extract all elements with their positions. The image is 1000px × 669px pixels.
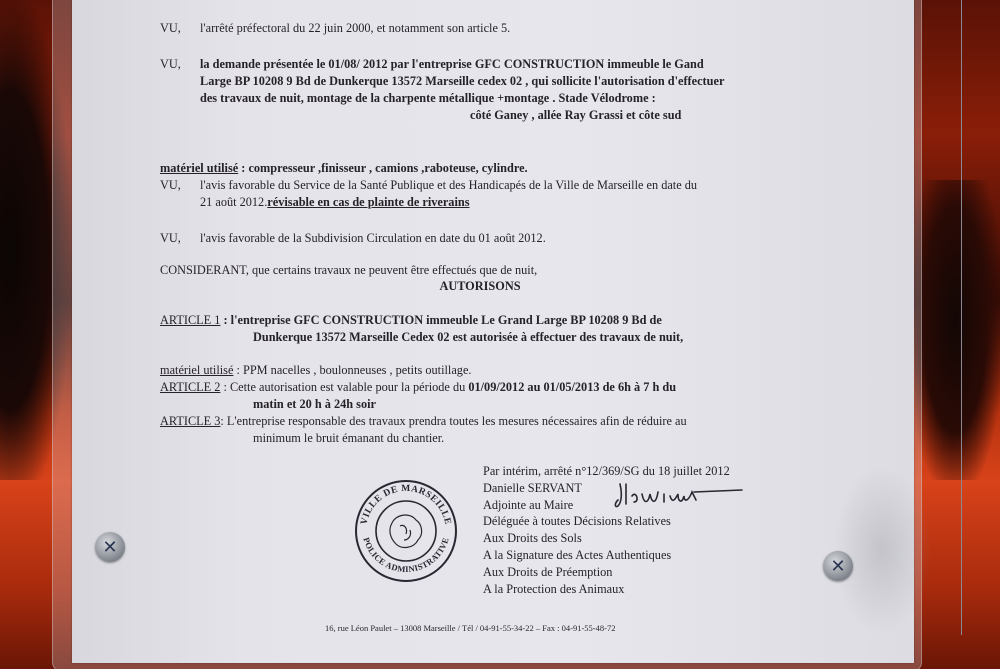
vu2-line2: Large BP 10208 9 Bd de Dunkerque 13572 M… bbox=[200, 73, 724, 90]
signature-block-line: Déléguée à toutes Décisions Relatives bbox=[483, 513, 730, 530]
vu3-date: 21 août 2012. bbox=[200, 195, 267, 209]
materiel-text: : compresseur ,finisseur , camions ,rabo… bbox=[238, 161, 527, 175]
vu3-line2: 21 août 2012.révisable en cas de plainte… bbox=[200, 194, 470, 211]
materiel-text: : PPM nacelles , boulonneuses , petits o… bbox=[233, 363, 471, 377]
screw-icon: ✕ bbox=[823, 551, 853, 581]
article-2-text: : Cette autorisation est valable pour la… bbox=[220, 380, 468, 394]
vu-prefix: VU, bbox=[160, 230, 181, 247]
signature-block-line: A la Signature des Actes Authentiques bbox=[483, 547, 730, 564]
article-3: ARTICLE 3: L'entreprise responsable des … bbox=[160, 413, 687, 430]
svg-text:VILLE DE MARSEILLE: VILLE DE MARSEILLE bbox=[359, 484, 452, 526]
handwritten-signature bbox=[612, 478, 752, 512]
signature-block-line: Aux Droits des Sols bbox=[483, 530, 730, 547]
article-3-line1: : L'entreprise responsable des travaux p… bbox=[220, 414, 686, 428]
screw-icon: ✕ bbox=[95, 532, 125, 562]
article-2: ARTICLE 2 : Cette autorisation est valab… bbox=[160, 379, 676, 396]
materiel-line-2: matériel utilisé : PPM nacelles , boulon… bbox=[160, 362, 471, 379]
signature-block-line: Aux Droits de Préemption bbox=[483, 564, 730, 581]
vu-prefix: VU, bbox=[160, 56, 181, 73]
footer-address: 16, rue Léon Paulet – 13008 Marseille / … bbox=[325, 623, 615, 633]
article-2-line2: matin et 20 h à 24h soir bbox=[253, 396, 376, 413]
article-3-label: ARTICLE 3 bbox=[160, 414, 220, 428]
article-2-label: ARTICLE 2 bbox=[160, 380, 220, 394]
article-1-line2: Dunkerque 13572 Marseille Cedex 02 est a… bbox=[253, 329, 683, 346]
vu2-line3: des travaux de nuit, montage de la charp… bbox=[200, 90, 656, 107]
materiel-label: matériel utilisé bbox=[160, 363, 233, 377]
considerant-text: , que certains travaux ne peuvent être e… bbox=[246, 263, 537, 277]
vu2-line1: la demande présentée le 01/08/ 2012 par … bbox=[200, 56, 704, 73]
signature-block-line: A la Protection des Animaux bbox=[483, 581, 730, 598]
article-1-label: ARTICLE 1 bbox=[160, 313, 220, 327]
article-1-line1: : l'entreprise GFC CONSTRUCTION immeuble… bbox=[220, 313, 661, 327]
autorisons-heading: AUTORISONS bbox=[380, 278, 580, 295]
article-2-period: 01/09/2012 au 01/05/2013 de 6h à 7 h du bbox=[468, 380, 676, 394]
article-1: ARTICLE 1 : l'entreprise GFC CONSTRUCTIO… bbox=[160, 312, 815, 329]
vu1-text: l'arrêté préfectoral du 22 juin 2000, et… bbox=[200, 20, 510, 37]
vu4-text: l'avis favorable de la Subdivision Circu… bbox=[200, 230, 546, 247]
considerant-line: CONSIDERANT, que certains travaux ne peu… bbox=[160, 262, 537, 279]
svg-text:POLICE ADMINISTRATIVE: POLICE ADMINISTRATIVE bbox=[361, 536, 450, 574]
materiel-label: matériel utilisé bbox=[160, 161, 238, 175]
vu3-revisable: révisable en cas de plainte de riverains bbox=[267, 195, 469, 209]
materiel-line-1: matériel utilisé : compresseur ,finisseu… bbox=[160, 160, 528, 177]
article-3-line2: minimum le bruit émanant du chantier. bbox=[253, 430, 444, 447]
considerant-keyword: CONSIDERANT bbox=[160, 263, 246, 277]
vu-prefix: VU, bbox=[160, 20, 181, 37]
official-seal-icon: VILLE DE MARSEILLE POLICE ADMINISTRATIVE bbox=[352, 478, 460, 584]
vu2-line4: côté Ganey , allée Ray Grassi et côte su… bbox=[470, 107, 681, 124]
vu3-line1: l'avis favorable du Service de la Santé … bbox=[200, 177, 697, 194]
vu-prefix: VU, bbox=[160, 177, 181, 194]
